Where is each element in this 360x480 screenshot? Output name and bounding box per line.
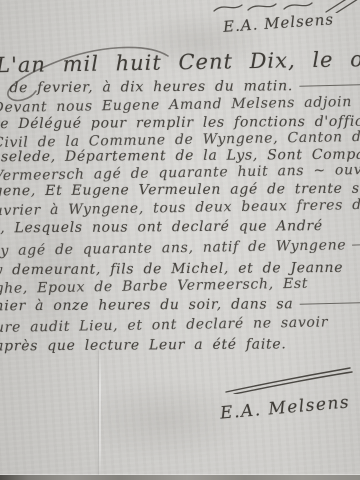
- manuscript-line-text: uvrier à Wyngene, tous deux beaux freres…: [0, 197, 360, 219]
- manuscript-line: s de fevrier, à dix heures du matin.: [0, 78, 360, 97]
- manuscript-line: ty agé de quarante ans, natif de Wyngene: [0, 236, 360, 259]
- manuscript-line-text: Devant nous Eugene Amand Melsens adjoin: [0, 94, 352, 116]
- manuscript-line-text: gene, Et Eugene Vermeulen agé de trente …: [0, 181, 360, 200]
- manuscript-line-text: après que lecture Leur a été faite.: [0, 336, 287, 354]
- manuscript-line: ure audit Lieu, et ont declaré ne savoir: [0, 314, 328, 336]
- document-scan: E.A. Melsens L'an mil huit Cent Dix, le …: [0, 0, 360, 480]
- manuscript-line-text: ghe, Epoux de Barbe Vermeersch, Est: [0, 276, 308, 297]
- manuscript-line-text: hier à onze heures du soir, dans sa: [0, 296, 294, 314]
- manuscript-line: t, Lesquels nous ont declaré que André: [0, 218, 323, 236]
- ink-rule: [299, 84, 360, 87]
- manuscript-line: Devant nous Eugene Amand Melsens adjoin: [0, 94, 352, 116]
- manuscript-line-text: ty agé de quarante ans, natif de Wyngene: [0, 237, 346, 259]
- manuscript-line: gene, Et Eugene Vermeulen agé de trente …: [0, 181, 360, 200]
- manuscript-line-text: ure audit Lieu, et ont declaré ne savoir: [0, 314, 328, 336]
- page-bottom-edge: [0, 475, 360, 480]
- manuscript-line-text: s de fevrier, à dix heures du matin.: [0, 78, 293, 96]
- manuscript-line: L'an mil huit Cent Dix, le onze du: [0, 46, 360, 78]
- manuscript-line: uvrier à Wyngene, tous deux beaux freres…: [0, 197, 360, 219]
- manuscript-line: hier à onze heures du soir, dans sa: [0, 296, 360, 315]
- manuscript-line: après que lecture Leur a été faite.: [0, 336, 287, 354]
- manuscript-line: ghe, Epoux de Barbe Vermeersch, Est: [0, 276, 308, 297]
- manuscript-line-text: t, Lesquels nous ont declaré que André: [0, 218, 323, 236]
- ink-rule: [352, 243, 360, 246]
- manuscript-line-text: L'an mil huit Cent Dix, le onze du: [0, 46, 360, 78]
- ink-rule: [299, 302, 360, 305]
